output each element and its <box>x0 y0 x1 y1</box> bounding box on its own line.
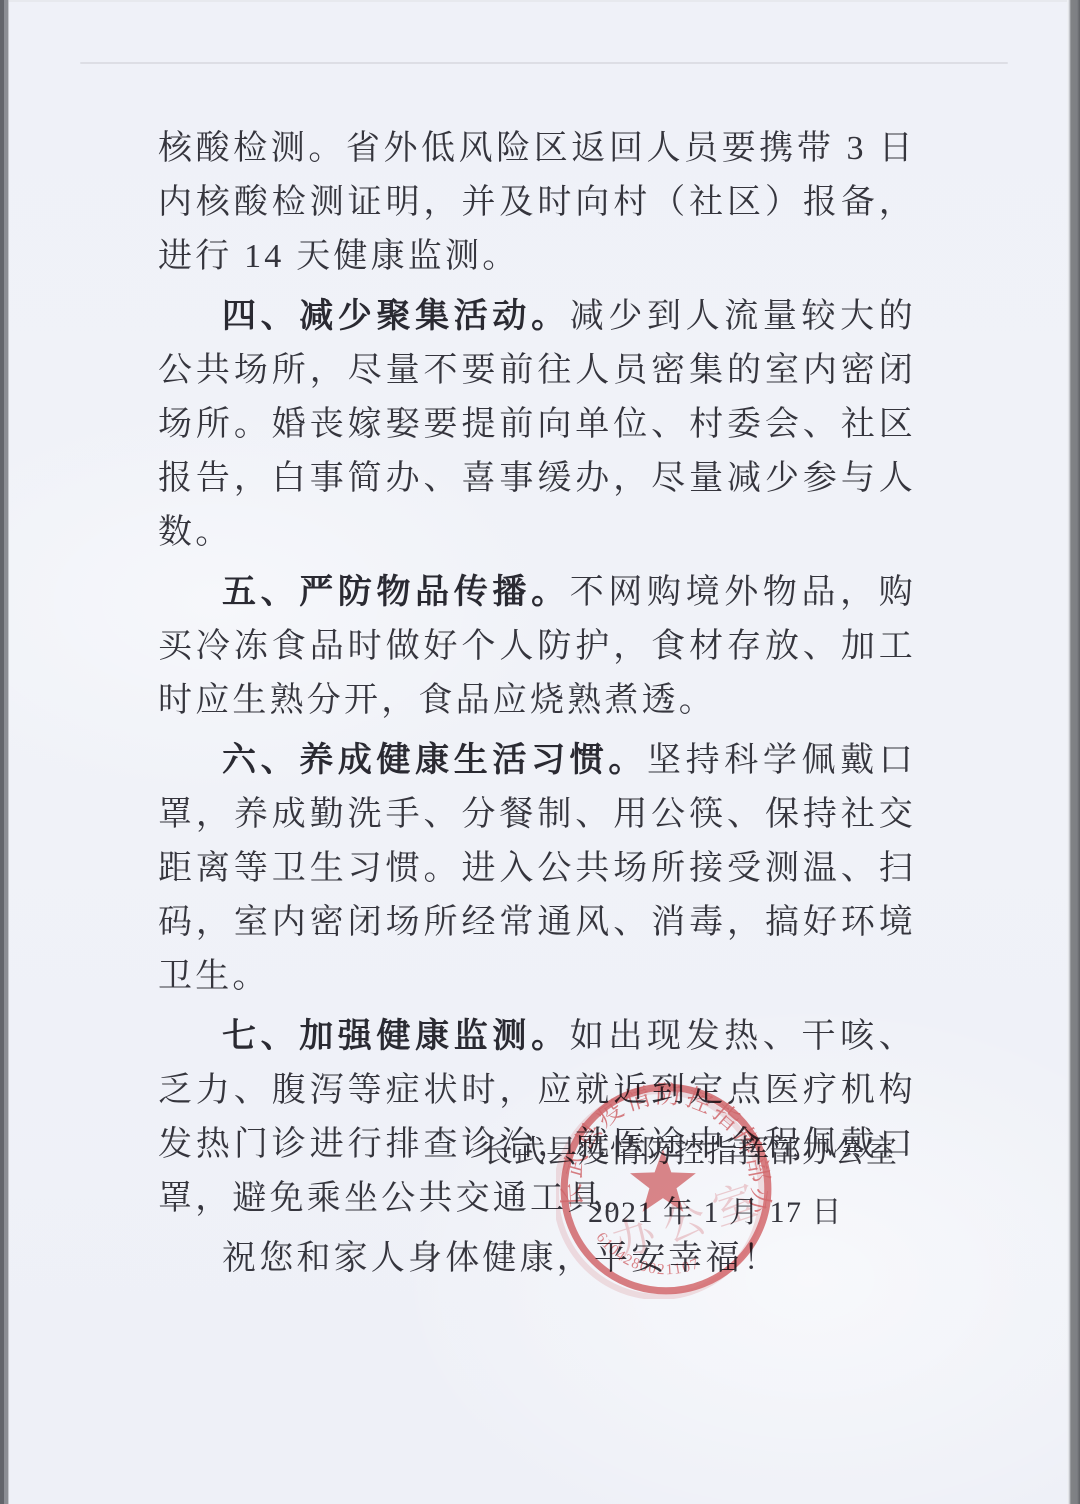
body-paragraph: 四、减少聚集活动。减少到人流量较大的公共场所，尽量不要前往人员密集的室内密闭场所… <box>158 290 916 560</box>
section-heading: 七、加强健康监测。 <box>222 1018 570 1055</box>
paragraph-text: 坚持科学佩戴口罩，养成勤洗手、分餐制、用公筷、保持社交距离等卫生习惯。进入公共场… <box>158 742 916 995</box>
signature-line: 长武县疫情防控指挥部办公室 <box>482 1125 898 1179</box>
scanned-document-page: 核酸检测。省外低风险区返回人员要携带 3 日内核酸检测证明，并及时向村（社区）报… <box>0 0 1080 1504</box>
body-paragraph: 核酸检测。省外低风险区返回人员要携带 3 日内核酸检测证明，并及时向村（社区）报… <box>158 122 916 284</box>
date-line: 2021 年 1 月 17 日 <box>588 1188 843 1238</box>
paragraph-text: 核酸检测。省外低风险区返回人员要携带 3 日内核酸检测证明，并及时向村（社区）报… <box>158 130 916 275</box>
body-paragraph: 祝您和家人身体健康，平安幸福！ <box>158 1232 916 1286</box>
section-heading: 五、严防物品传播。 <box>222 574 570 611</box>
scan-edge-top <box>9 0 1067 2</box>
section-heading: 六、养成健康生活习惯。 <box>222 742 647 779</box>
paragraph-text: 减少到人流量较大的公共场所，尽量不要前往人员密集的室内密闭场所。婚丧嫁娶要提前向… <box>158 298 916 551</box>
document-body: 核酸检测。省外低风险区返回人员要携带 3 日内核酸检测证明，并及时向村（社区）报… <box>158 122 916 1292</box>
scan-edge-left <box>0 0 9 1504</box>
body-paragraph: 六、养成健康生活习惯。坚持科学佩戴口罩，养成勤洗手、分餐制、用公筷、保持社交距离… <box>158 734 916 1004</box>
paragraph-text: 祝您和家人身体健康，平安幸福！ <box>222 1240 780 1277</box>
scan-edge-right <box>1067 0 1080 1504</box>
scan-artifact-line <box>80 62 1008 64</box>
section-heading: 四、减少聚集活动。 <box>222 298 570 335</box>
body-paragraph: 五、严防物品传播。不网购境外物品，购买冷冻食品时做好个人防护，食材存放、加工时应… <box>158 566 916 728</box>
